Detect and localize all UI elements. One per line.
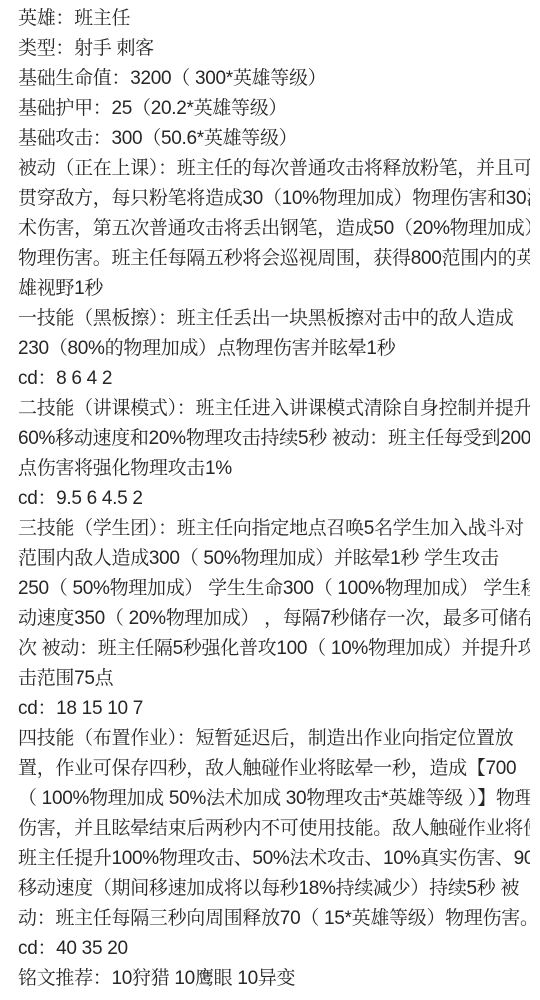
skill3-line: 范围内敌人造成300（ 50%物理加成）并眩晕1秒 学生攻击 [18,544,530,574]
rune-recommendation-section: 铭文推荐：10狩猎 10鹰眼 10异变 [18,964,530,994]
base-attack-line: 基础攻击：300（50.6*英雄等级） [18,124,530,154]
skill4-line: 班主任提升100%物理攻击、50%法术攻击、10%真实伤害、90% [18,844,530,874]
skill3-line: 三技能（学生团）：班主任向指定地点召唤5名学生加入战斗对 [18,514,530,544]
passive-line: 术伤害，第五次普通攻击将丢出钢笔，造成50（20%物理加成） [18,214,530,244]
skill3-section: 三技能（学生团）：班主任向指定地点召唤5名学生加入战斗对 范围内敌人造成300（… [18,514,530,724]
skill3-line: 250（ 50%物理加成） 学生生命300（ 100%物理加成） 学生移 [18,574,530,604]
passive-skill-section: 被动（正在上课）：班主任的每次普通攻击将释放粉笔，并且可 贯穿敌方，每只粉笔将造… [18,154,530,304]
passive-line: 被动（正在上课）：班主任的每次普通攻击将释放粉笔，并且可 [18,154,530,184]
skill2-section: 二技能（讲课模式）：班主任进入讲课模式清除自身控制并提升 60%移动速度和20%… [18,394,530,514]
skill3-line: 动速度350（ 20%物理加成） ，每隔7秒储存一次，最多可储存3 [18,604,530,634]
skill1-line: 一技能（黑板擦）：班主任丢出一块黑板擦对击中的敌人造成 [18,304,530,334]
rune-recommendation-line: 铭文推荐：10狩猎 10鹰眼 10异变 [18,964,530,994]
skill4-line: 移动速度（期间移速加成将以每秒18%持续减少）持续5秒 被 [18,874,530,904]
hero-notes-document: 英雄：班主任 类型：射手 刺客 基础生命值：3200（ 300*英雄等级） 基础… [0,0,540,1000]
base-hp-line: 基础生命值：3200（ 300*英雄等级） [18,64,530,94]
skill4-cd-line: cd：40 35 20 [18,934,530,964]
skill4-line: 四技能（布置作业）：短暂延迟后，制造出作业向指定位置放 [18,724,530,754]
skill3-line: 击范围75点 [18,664,530,694]
skill2-line: 二技能（讲课模式）：班主任进入讲课模式清除自身控制并提升 [18,394,530,424]
passive-line: 贯穿敌方，每只粉笔将造成30（10%物理加成）物理伤害和30法 [18,184,530,214]
skill3-line: 次 被动：班主任隔5秒强化普攻100（ 10%物理加成）并提升攻 [18,634,530,664]
passive-line: 雄视野1秒 [18,274,530,304]
hero-type-line: 类型：射手 刺客 [18,34,530,64]
skill1-line: 230（80%的物理加成）点物理伤害并眩晕1秒 [18,334,530,364]
skill2-cd-line: cd：9.5 6 4.5 2 [18,484,530,514]
skill4-line: 动：班主任每隔三秒向周围释放70（ 15*英雄等级）物理伤害。 [18,904,530,934]
skill2-line: 60%移动速度和20%物理攻击持续5秒 被动：班主任每受到200 [18,424,530,454]
skill3-cd-line: cd：18 15 10 7 [18,694,530,724]
hero-name-line: 英雄：班主任 [18,4,530,34]
passive-line: 物理伤害。班主任每隔五秒将会巡视周围，获得800范围内的英 [18,244,530,274]
skill4-section: 四技能（布置作业）：短暂延迟后，制造出作业向指定位置放 置，作业可保存四秒，敌人… [18,724,530,964]
skill1-cd-line: cd：8 6 4 2 [18,364,530,394]
skill1-section: 一技能（黑板擦）：班主任丢出一块黑板擦对击中的敌人造成 230（80%的物理加成… [18,304,530,394]
skill4-line: 伤害，并且眩晕结束后两秒内不可使用技能。敌人触碰作业将使 [18,814,530,844]
skill4-line: （ 100%物理加成 50%法术加成 30物理攻击*英雄等级 ）】物理 [18,784,530,814]
skill2-line: 点伤害将强化物理攻击1% [18,454,530,484]
skill4-line: 置，作业可保存四秒，敌人触碰作业将眩晕一秒，造成【700 [18,754,530,784]
base-armor-line: 基础护甲：25（20.2*英雄等级） [18,94,530,124]
hero-basic-info-section: 英雄：班主任 类型：射手 刺客 基础生命值：3200（ 300*英雄等级） 基础… [18,4,530,154]
